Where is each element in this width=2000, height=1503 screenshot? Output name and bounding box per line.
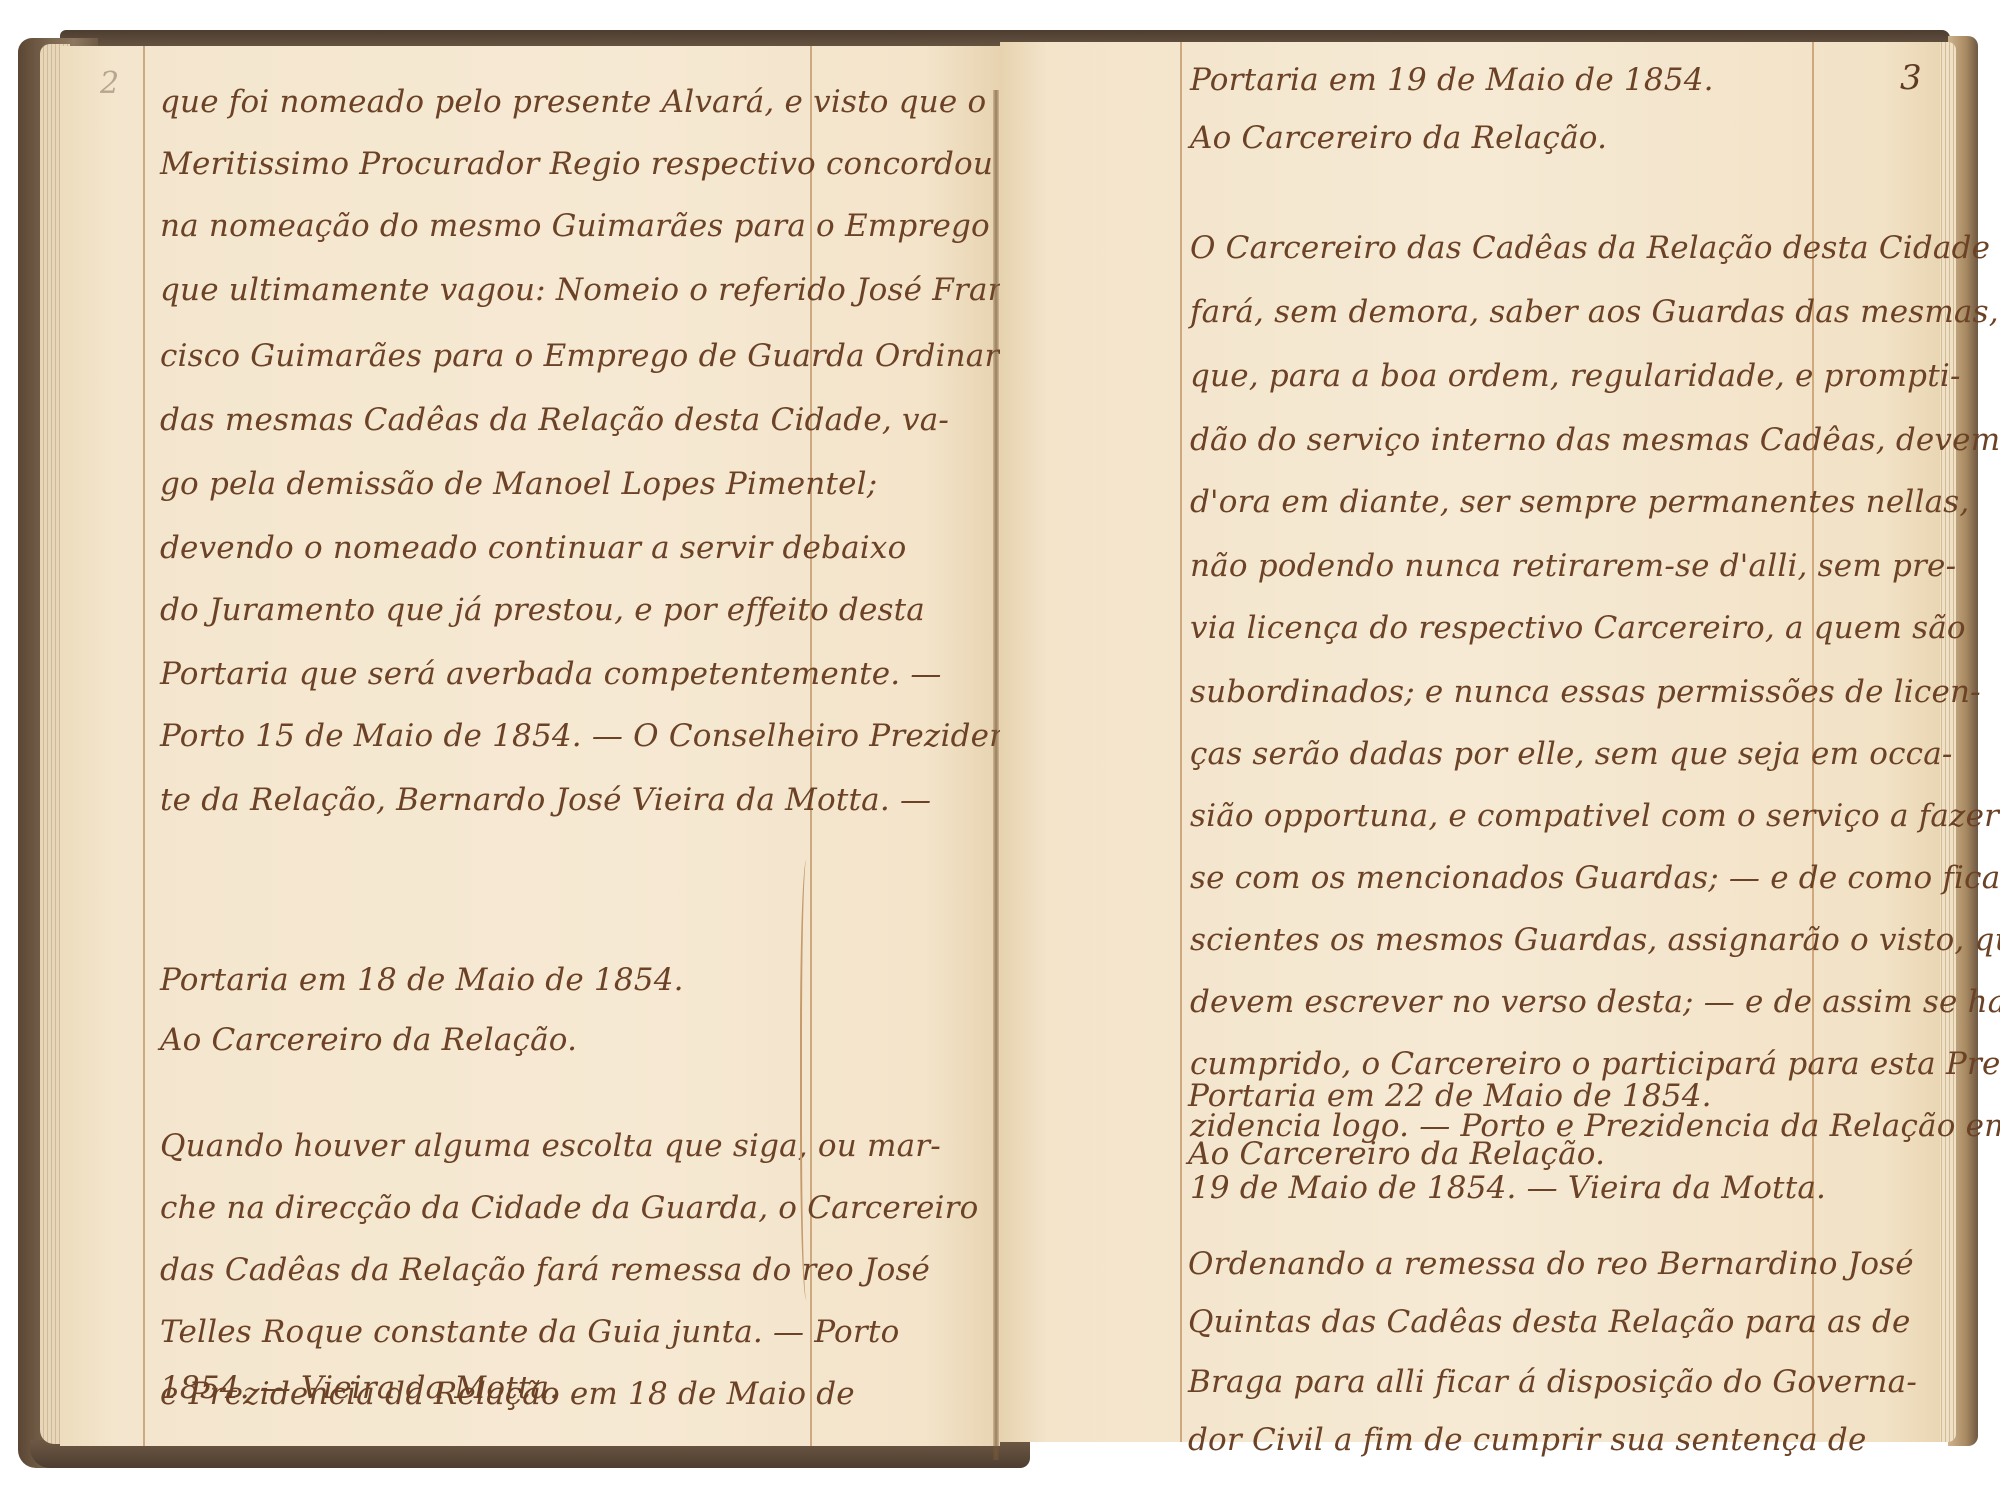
text-line: te da Relação, Bernardo José Vieira da M…	[160, 782, 931, 818]
text-line: Portaria que será averbada competentemen…	[160, 656, 942, 692]
left-page: 2 que foi nomeado pelo presente Alvará, …	[60, 46, 1000, 1446]
open-ledger-book: 2 que foi nomeado pelo presente Alvará, …	[0, 0, 2000, 1503]
text-line: que foi nomeado pelo presente Alvará, e …	[160, 84, 986, 120]
text-line: via licença do respectivo Carcereiro, a …	[1190, 610, 1966, 646]
text-line: d'ora em diante, ser sempre permanentes …	[1190, 484, 1969, 520]
entry-heading: Portaria em 22 de Maio de 1854.	[1188, 1078, 1712, 1114]
text-line: dão do serviço interno das mesmas Cadêas…	[1190, 422, 2000, 458]
text-line: go pela demissão de Manoel Lopes Pimente…	[160, 466, 877, 502]
text-line: que ultimamente vagou: Nomeio o referido…	[160, 272, 1018, 308]
text-line: Quintas das Cadêas desta Relação para as…	[1188, 1304, 1911, 1340]
text-line: sião opportuna, e compativel com o servi…	[1190, 798, 2000, 834]
left-margin-mark: 2	[100, 66, 119, 101]
text-line: não podendo nunca retirarem-se d'alli, s…	[1190, 548, 1956, 584]
text-line: fará, sem demora, saber aos Guardas das …	[1190, 294, 1999, 330]
text-line: cisco Guimarães para o Emprego de Guarda…	[160, 338, 1028, 374]
text-line: scientes os mesmos Guardas, assignarão o…	[1190, 922, 2000, 958]
text-line: Ordenando a remessa do reo Bernardino Jo…	[1188, 1246, 1914, 1282]
text-line: cumprido, o Carcereiro o participará par…	[1190, 1046, 2000, 1082]
text-line: se com os mencionados Guardas; — e de co…	[1190, 860, 2000, 896]
text-line: do Juramento que já prestou, e por effei…	[160, 592, 925, 628]
text-line: Porto 15 de Maio de 1854. — O Conselheir…	[160, 718, 1020, 754]
text-line: che na direcção da Cidade da Guarda, o C…	[160, 1190, 979, 1226]
text-line: Telles Roque constante da Guia junta. — …	[160, 1314, 899, 1350]
text-line: Quando houver alguma escolta que siga, o…	[160, 1128, 941, 1164]
right-margin-rule	[1180, 42, 1182, 1442]
text-line: O Carcereiro das Cadêas da Relação desta…	[1190, 230, 1990, 266]
left-page-text: que foi nomeado pelo presente Alvará, e …	[160, 46, 810, 1446]
entry-addressee: Ao Carcereiro da Relação.	[1188, 1136, 1605, 1172]
entry-heading: Portaria em 19 de Maio de 1854.	[1190, 62, 1714, 98]
left-margin-rule	[143, 46, 145, 1446]
right-page-entry-2: Portaria em 22 de Maio de 1854. Ao Carce…	[1188, 1078, 1808, 1478]
entry-addressee: Ao Carcereiro da Relação.	[1190, 120, 1607, 156]
entry-addressee: Ao Carcereiro da Relação.	[160, 1022, 577, 1058]
text-line: na nomeação do mesmo Guimarães para o Em…	[160, 208, 990, 244]
text-line: subordinados; e nunca essas permissões d…	[1190, 674, 1981, 710]
text-line: que, para a boa ordem, regularidade, e p…	[1190, 358, 1961, 394]
text-line: devendo o nomeado continuar a servir deb…	[160, 530, 906, 566]
text-line: dor Civil a fim de cumprir sua sentença …	[1188, 1422, 1867, 1458]
text-line: ças serão dadas por elle, sem que seja e…	[1190, 736, 1953, 772]
page-tear	[800, 860, 816, 1300]
text-line: Meritissimo Procurador Regio respectivo …	[160, 146, 993, 182]
text-line: devem escrever no verso desta; — e de as…	[1190, 984, 2000, 1020]
text-line: 1854. — Vieira da Motta.	[160, 1370, 559, 1406]
text-line: Braga para alli ficar á disposição do Go…	[1188, 1364, 1917, 1400]
text-line: das mesmas Cadêas da Relação desta Cidad…	[160, 402, 949, 438]
spine-fold	[993, 90, 999, 1460]
entry-heading: Portaria em 18 de Maio de 1854.	[160, 962, 684, 998]
page-number: 3	[1900, 58, 1922, 98]
